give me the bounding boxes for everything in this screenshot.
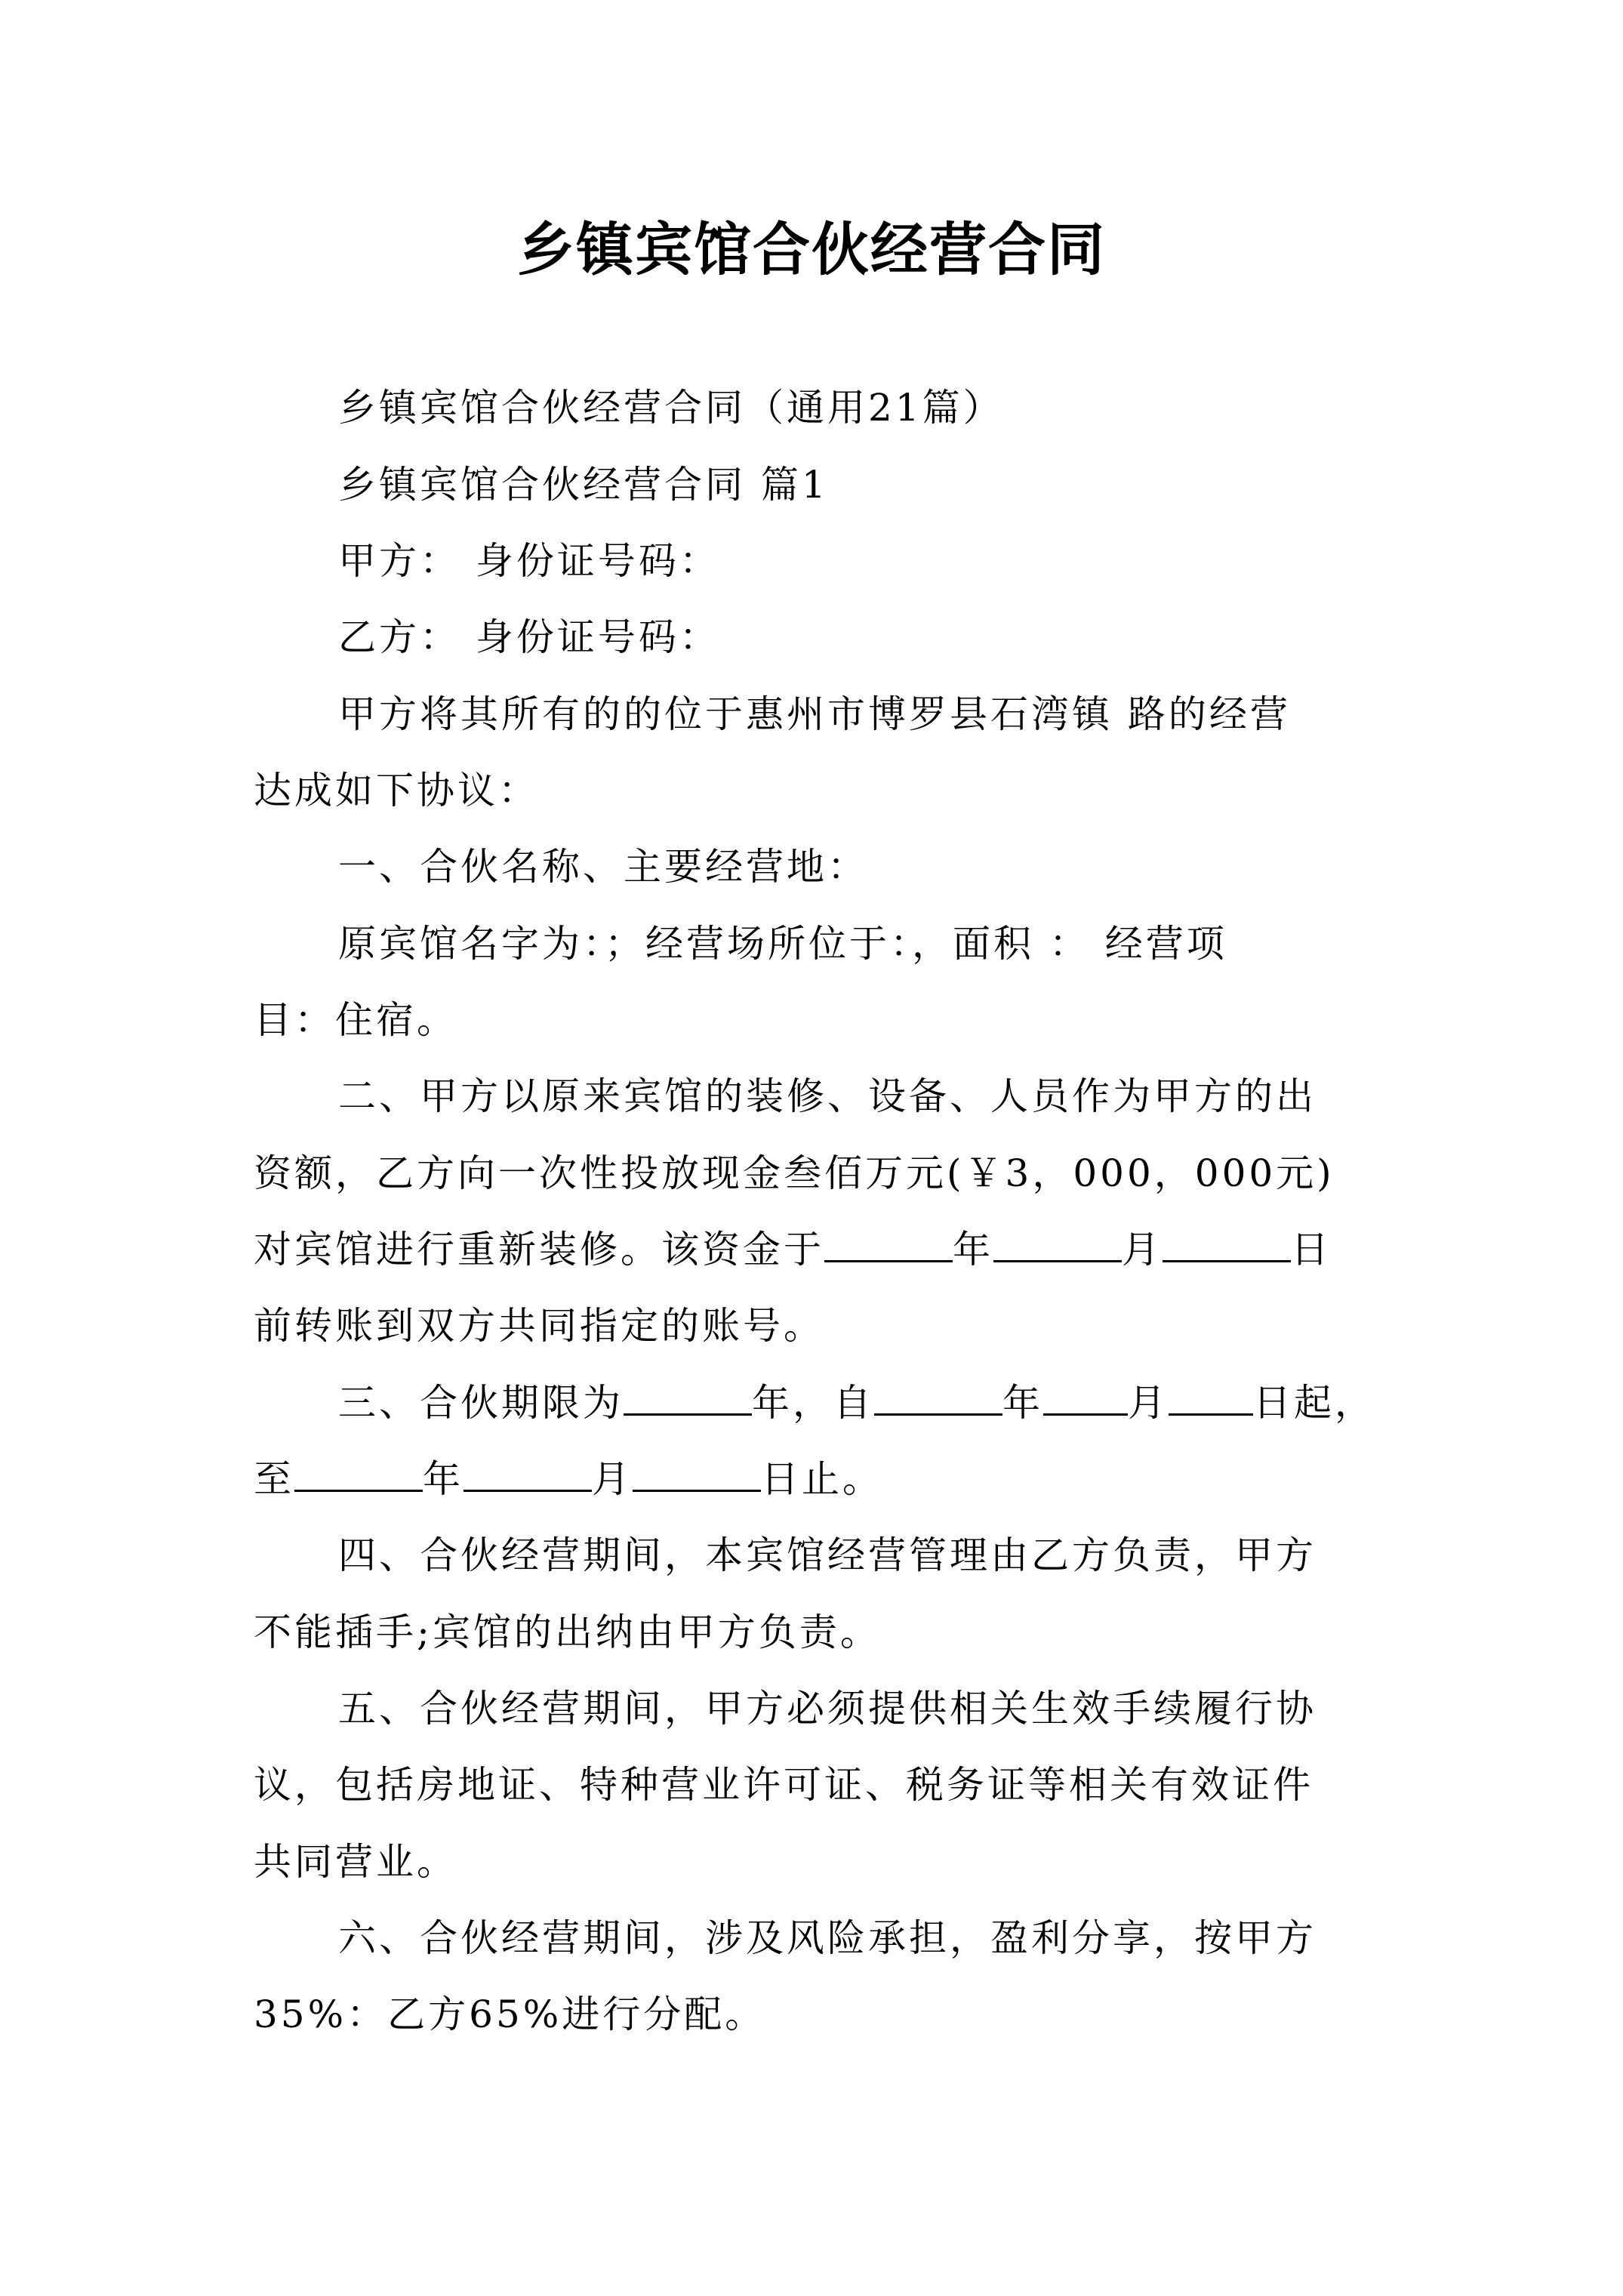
paragraph-line: 原宾馆名字为：；经营场所位于：，面积 ： 经营项 — [254, 921, 1471, 966]
blank-field[interactable] — [1043, 1380, 1128, 1416]
document-title: 乡镇宾馆合伙经营合同 — [0, 204, 1623, 286]
paragraph-line: 不能插手;宾馆的出纳由甲方负责。 — [254, 1610, 1386, 1655]
section-heading: 乡镇宾馆合伙经营合同 篇1 — [254, 462, 1471, 507]
paragraph-line: 二、甲方以原来宾馆的装修、设备、人员作为甲方的出 — [254, 1074, 1471, 1119]
party-a-line: 甲方： 身份证号码： — [254, 538, 1471, 584]
text-segment: 年 — [1002, 1381, 1043, 1425]
blank-field[interactable] — [624, 1380, 752, 1416]
paragraph-line: 达成如下协议： — [254, 768, 1386, 813]
paragraph-line: 资额，乙方向一次性投放现金叁佰万元(￥3，000，000元) — [254, 1151, 1386, 1196]
text-segment: 月 — [1122, 1228, 1163, 1271]
blank-field[interactable] — [1163, 1227, 1291, 1262]
document-page: 乡镇宾馆合伙经营合同 乡镇宾馆合伙经营合同（通用21篇） 乡镇宾馆合伙经营合同 … — [0, 0, 1623, 2296]
text-segment: 年 — [423, 1457, 463, 1501]
blank-field[interactable] — [463, 1456, 592, 1492]
blank-field[interactable] — [993, 1227, 1122, 1262]
paragraph-line: 三、合伙期限为年，自年月日起， — [254, 1380, 1471, 1425]
paragraph-line: 议，包括房地证、特种营业许可证、税务证等相关有效证件 — [254, 1762, 1386, 1808]
text-segment: 月 — [592, 1457, 633, 1501]
text-segment: 日止。 — [761, 1457, 883, 1501]
paragraph-line: 前转账到双方共同指定的账号。 — [254, 1303, 1386, 1348]
text-segment: 日 — [1291, 1228, 1332, 1271]
paragraph-line: 甲方将其所有的的位于惠州市博罗县石湾镇 路的经营 — [254, 692, 1471, 737]
blank-field[interactable] — [633, 1456, 761, 1492]
blank-field[interactable] — [1169, 1380, 1253, 1416]
paragraph-line: 四、合伙经营期间，本宾馆经营管理由乙方负责，甲方 — [254, 1533, 1471, 1578]
paragraph-line: 35%：乙方65%进行分配。 — [254, 1992, 1386, 2037]
text-segment: 日起， — [1253, 1381, 1375, 1425]
party-b-line: 乙方： 身份证号码： — [254, 615, 1471, 660]
text-segment: 对宾馆进行重新装修。该资金于 — [254, 1228, 824, 1271]
paragraph-line: 目：住宿。 — [254, 997, 1386, 1043]
paragraph-line: 五、合伙经营期间，甲方必须提供相关生效手续履行协 — [254, 1686, 1471, 1731]
blank-field[interactable] — [874, 1380, 1002, 1416]
blank-field[interactable] — [824, 1227, 953, 1262]
text-segment: 年 — [953, 1228, 993, 1271]
text-segment: 年，自 — [752, 1381, 874, 1425]
text-segment: 三、合伙期限为 — [338, 1381, 624, 1425]
paragraph-line: 至年月日止。 — [254, 1456, 1386, 1502]
text-segment: 月 — [1128, 1381, 1169, 1425]
subtitle-line: 乡镇宾馆合伙经营合同（通用21篇） — [254, 385, 1471, 430]
clause-heading: 一、合伙名称、主要经营地： — [254, 844, 1471, 889]
blank-field[interactable] — [294, 1456, 423, 1492]
paragraph-line: 六、合伙经营期间，涉及风险承担，盈利分享，按甲方 — [254, 1915, 1471, 1961]
paragraph-line: 共同营业。 — [254, 1839, 1386, 1885]
text-segment: 至 — [254, 1457, 294, 1501]
paragraph-line: 对宾馆进行重新装修。该资金于年月日 — [254, 1227, 1386, 1272]
